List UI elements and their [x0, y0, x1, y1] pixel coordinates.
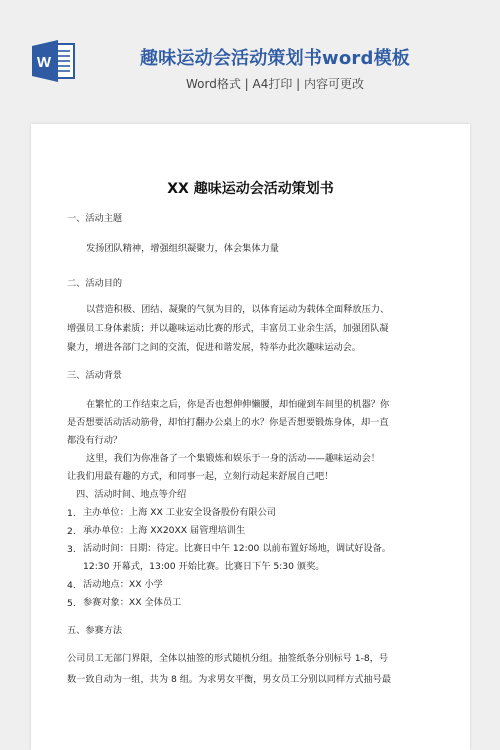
section-heading: 五、参赛方法 — [67, 626, 122, 635]
list-number: 3. — [67, 544, 76, 555]
paragraph-line: 数一致自动为一组，共为 8 组。为求男女平衡，男女员工分别以同样方式抽号最 — [67, 675, 391, 684]
document-title: XX 趣味运动会活动策划书 — [31, 178, 470, 198]
section-heading: 三、活动背景 — [67, 371, 122, 380]
list-item: 主办单位：上海 XX 工业安全设备股份有限公司 — [83, 508, 276, 517]
page-title: 趣味运动会活动策划书word模板 — [110, 44, 440, 70]
paragraph-line: 在繁忙的工作结束之后，你是否也想伸伸懒腰，却怕碰到车间里的机器？你 — [86, 400, 389, 409]
section-heading: 二、活动目的 — [67, 279, 122, 288]
list-item: 活动时间：日期：待定。比赛日中午 12:00 以前布置好场地，调试好设备。 — [83, 544, 391, 553]
list-number: 2. — [67, 526, 76, 537]
paragraph-line: 增强员工身体素质；并以趣味运动比赛的形式，丰富员工业余生活，加强团队凝 — [67, 324, 389, 333]
paragraph-line: 公司员工无部门界限，全体以抽签的形式随机分组。抽签纸条分别标号 1-8，号 — [67, 654, 388, 663]
list-item: 活动地点：XX 小学 — [83, 580, 163, 589]
list-item-continuation: 12:30 开幕式，13:00 开始比赛。比赛日下午 5:30 颁奖。 — [83, 562, 324, 571]
paragraph-line: 聚力，增进各部门之间的交流，促进和谐发展，特举办此次趣味运动会。 — [67, 343, 361, 352]
section-heading: 四、活动时间、地点等介绍 — [76, 490, 186, 499]
paragraph-line: 以营造积极、团结、凝聚的气氛为目的，以体育运动为载体全面释放压力、 — [86, 305, 389, 314]
paragraph-line: 这里，我们为你准备了一个集锻炼和娱乐于一身的活动——趣味运动会！ — [86, 454, 380, 463]
page-subtitle: Word格式 | A4打印 | 内容可更改 — [110, 75, 440, 92]
list-number: 5. — [67, 598, 76, 609]
paragraph-line: 都没有行动？ — [67, 436, 122, 445]
list-number: 4. — [67, 580, 76, 591]
svg-text:W: W — [37, 54, 52, 71]
paragraph: 发扬团队精神，增强组织凝聚力，体会集体力量 — [86, 244, 279, 253]
paragraph-line: 是否想要活动活动筋骨，却怕打翻办公桌上的水？你是否想要锻炼身体，却一直 — [67, 418, 389, 427]
list-number: 1. — [67, 508, 76, 519]
list-item: 承办单位：上海 XX20XX 届管理培训生 — [83, 526, 245, 535]
paragraph-line: 让我们用最有趣的方式，和同事一起，立刻行动起来舒展自己吧！ — [67, 472, 333, 481]
section-heading: 一、活动主题 — [67, 214, 122, 223]
banner-header: W 趣味运动会活动策划书word模板 Word格式 | A4打印 | 内容可更改 — [0, 0, 500, 110]
list-item: 参赛对象：XX 全体员工 — [83, 598, 181, 607]
word-doc-icon: W — [32, 40, 76, 82]
document-page: XX 趣味运动会活动策划书 一、活动主题 发扬团队精神，增强组织凝聚力，体会集体… — [31, 124, 470, 750]
